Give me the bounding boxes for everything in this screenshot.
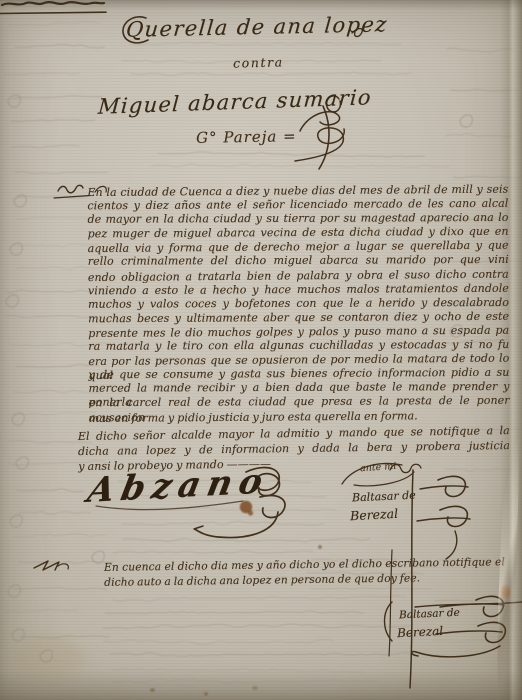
scribe-upper-rubric bbox=[417, 476, 470, 559]
notification-paragraph: En cuenca el dicho dia mes y año dicho y… bbox=[104, 554, 505, 590]
bottom-edge-shadow bbox=[0, 670, 522, 700]
clerk-name: G° Pareja = bbox=[196, 127, 297, 147]
scribe-signature-upper: Baltasar de bbox=[352, 489, 416, 505]
manuscript-page: Querella de ana lopez contra Miguel abar… bbox=[0, 0, 522, 700]
clerk-rubric bbox=[295, 106, 344, 169]
scribe-signature-lower: Berezal bbox=[397, 624, 444, 640]
alcalde-signature: Abzano bbox=[84, 461, 273, 511]
scribe-signature-upper: Berezal bbox=[350, 506, 399, 523]
body-line: rello criminalmente del dicho miguel aba… bbox=[88, 253, 509, 269]
right-paper-fold bbox=[500, 0, 522, 700]
scribe-signature-lower: Baltasar de bbox=[399, 607, 460, 622]
ink-blot bbox=[240, 501, 253, 516]
body-line: mas en forma y pidio justicia y juro est… bbox=[89, 408, 510, 426]
attest-note: ante mi bbox=[360, 461, 397, 475]
ink-speck bbox=[318, 545, 322, 549]
complaint-paragraph: En la ciudad de Cuenca a diez y nuebe di… bbox=[87, 183, 509, 425]
versus-label: contra bbox=[233, 54, 284, 70]
notification-margin-mark bbox=[34, 561, 68, 570]
defendant-line: Miguel abarca sumario bbox=[97, 85, 372, 119]
top-edge-shadow bbox=[0, 0, 522, 10]
case-title: Querella de ana lopez bbox=[125, 12, 389, 42]
